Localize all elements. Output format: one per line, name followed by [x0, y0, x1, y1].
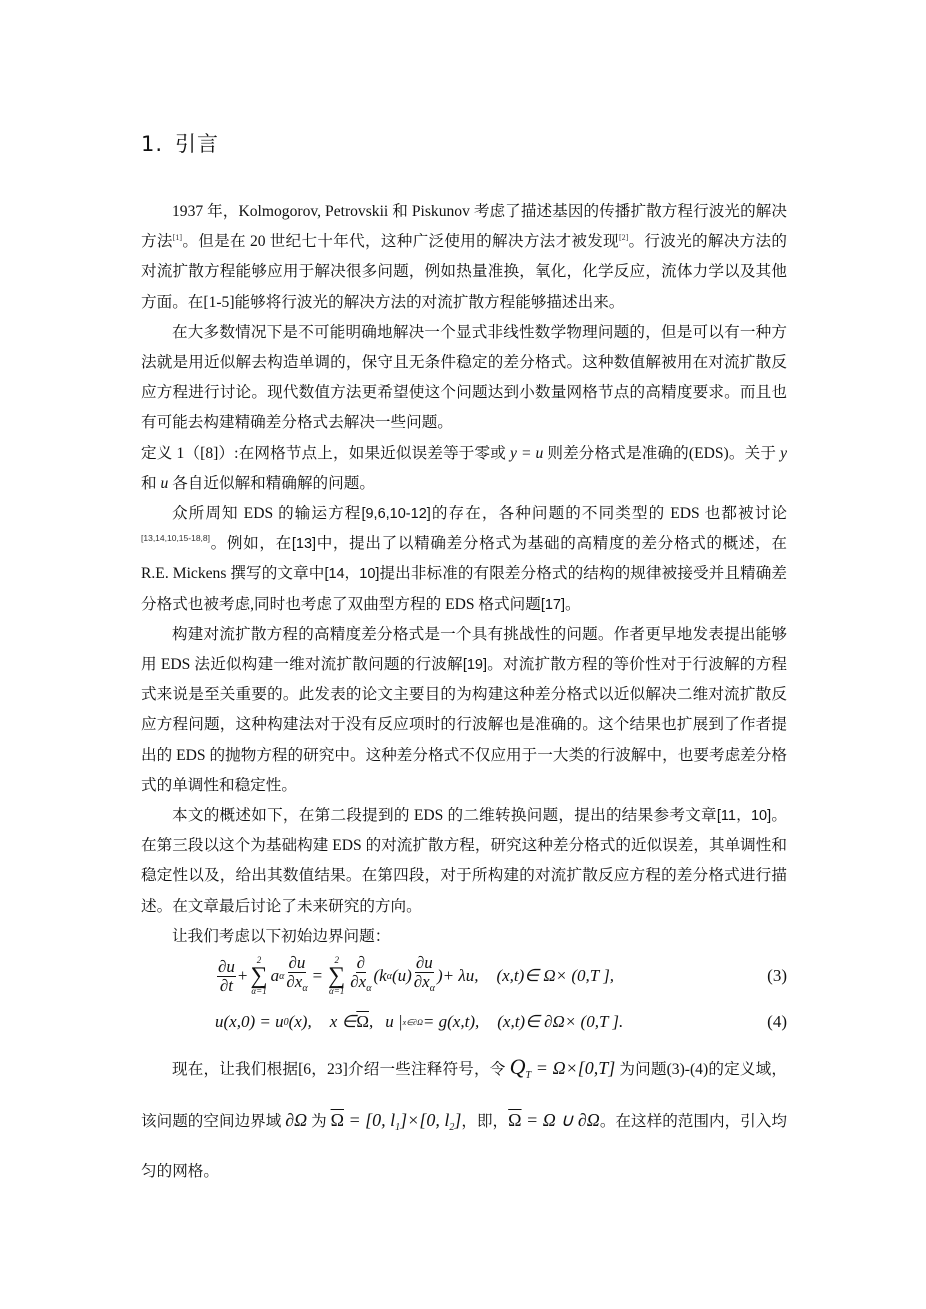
- definition-label: 定义 1（[8]）:: [141, 445, 239, 462]
- text: ，即，: [461, 1113, 508, 1130]
- math-inline: Ω: [508, 1110, 521, 1130]
- text: 和: [141, 475, 161, 492]
- text: 现在，让我们根据[6，23]介绍一些注释符号，令: [172, 1061, 510, 1078]
- definition-1: 定义 1（[8]）:在网格节点上，如果近似误差等于零或 y = u 则差分格式是…: [141, 439, 787, 499]
- fraction: ∂u∂xα: [414, 954, 435, 998]
- math-inline: ]×[0, l: [400, 1110, 449, 1130]
- paragraph-7: 现在，让我们根据[6，23]介绍一些注释符号，令 QT = Ω×[0,T] 为问…: [141, 1046, 787, 1194]
- math-inline: y: [780, 445, 787, 462]
- summation: 2∑α=1: [328, 956, 345, 996]
- math: (x),: [289, 1012, 312, 1032]
- text: 。例如，在: [210, 535, 292, 552]
- citation: [13]: [292, 536, 316, 552]
- paragraph-3: 众所周知 EDS 的输运方程[9,6,10-12]的存在，各种问题的不同类型的 …: [141, 499, 787, 620]
- text: 在网格节点上，如果近似误差等于零或: [239, 445, 511, 462]
- math: u(x,0) = u: [215, 1012, 284, 1032]
- math-inline: = Ω×[0,T]: [531, 1058, 615, 1078]
- math: x ∈: [330, 1012, 357, 1032]
- equation-number: (4): [767, 1012, 787, 1032]
- text: 。: [565, 596, 581, 613]
- equation-number: (3): [767, 966, 787, 986]
- text: 本文的概述如下，在第二段提到的 EDS 的二维转换问题，提出的结果参考文章: [172, 807, 717, 824]
- text: 各自近似解和精确解的问题。: [168, 475, 375, 492]
- math: (x,t)∈ ∂Ω× (0,T ].: [497, 1012, 623, 1032]
- text: 的存在，各种问题的不同类型的 EDS 也都被讨论: [431, 505, 787, 522]
- citation: [19]: [463, 657, 487, 673]
- paragraph-5: 本文的概述如下，在第二段提到的 EDS 的二维转换问题，提出的结果参考文章[11…: [141, 801, 787, 922]
- citation-2: [2]: [619, 233, 628, 242]
- section-heading: 1.引言: [141, 128, 219, 158]
- equation-3: ∂u∂t + 2∑α=1 aα ∂u∂xα = 2∑α=1 ∂∂xα (kα(u…: [215, 954, 787, 998]
- citation: [14，10]: [324, 566, 379, 582]
- math-inline: y = u: [510, 445, 543, 462]
- math: (k: [373, 966, 386, 986]
- subscript: α: [279, 971, 284, 982]
- operator: +: [238, 966, 248, 986]
- paragraph-2: 在大多数情况下是不可能明确地解决一个显式非线性数学物理问题的，但是可以有一种方法…: [141, 318, 787, 439]
- text: 则差分格式是准确的(EDS)。关于: [543, 445, 780, 462]
- summation: 2∑α=1: [251, 956, 268, 996]
- citation: [17]: [541, 597, 565, 613]
- operator: =: [313, 966, 323, 986]
- section-title: 引言: [175, 132, 219, 156]
- text: 。但是在 20 世纪七十年代，这种广泛使用的解决方法才被发现: [182, 233, 619, 250]
- text: 为: [307, 1113, 330, 1130]
- paragraph-4: 构建对流扩散方程的高精度差分格式是一个具有挑战性的问题。作者更早地发表提出能够用…: [141, 620, 787, 801]
- math: (x,t)∈ Ω× (0,T ],: [496, 966, 614, 986]
- body-text: 1937 年，Kolmogorov, Petrovskii 和 Piskunov…: [141, 197, 787, 1194]
- math-inline: ∂Ω: [285, 1110, 307, 1130]
- fraction: ∂u∂t: [217, 958, 236, 995]
- paragraph-6: 让我们考虑以下初始边界问题：: [141, 922, 787, 952]
- math: Ω: [356, 1012, 369, 1032]
- math-inline: = Ω ∪ ∂Ω: [522, 1110, 600, 1130]
- citation: [13,14,10,15-18,8]: [141, 533, 210, 543]
- math-inline: Ω: [331, 1110, 344, 1130]
- text: 。对流扩散方程的等价性对于行波解的方程式来说是至关重要的。此发表的论文主要目的为…: [141, 656, 787, 794]
- math: = g(x,t),: [423, 1012, 479, 1032]
- text: 众所周知 EDS 的输运方程: [172, 505, 361, 522]
- citation: [11，10]: [717, 808, 771, 824]
- math: (u): [392, 966, 412, 986]
- paragraph-1: 1937 年，Kolmogorov, Petrovskii 和 Piskunov…: [141, 197, 787, 318]
- equation-block: ∂u∂t + 2∑α=1 aα ∂u∂xα = 2∑α=1 ∂∂xα (kα(u…: [141, 952, 787, 1042]
- section-number: 1.: [141, 132, 163, 156]
- math: a: [271, 966, 280, 986]
- math: u |: [385, 1012, 402, 1032]
- math: )+ λu,: [437, 966, 479, 986]
- subscript: x∈∂Ω: [403, 1018, 423, 1027]
- citation: [9,6,10-12]: [361, 506, 430, 522]
- fraction: ∂u∂xα: [286, 954, 307, 998]
- math-inline: Q: [510, 1054, 526, 1079]
- math-inline: = [0, l: [344, 1110, 395, 1130]
- citation-1: [1]: [173, 233, 182, 242]
- fraction: ∂∂xα: [350, 954, 371, 998]
- equation-4: u(x,0) = u0(x), x ∈ Ω, u |x∈∂Ω= g(x,t), …: [215, 1012, 787, 1032]
